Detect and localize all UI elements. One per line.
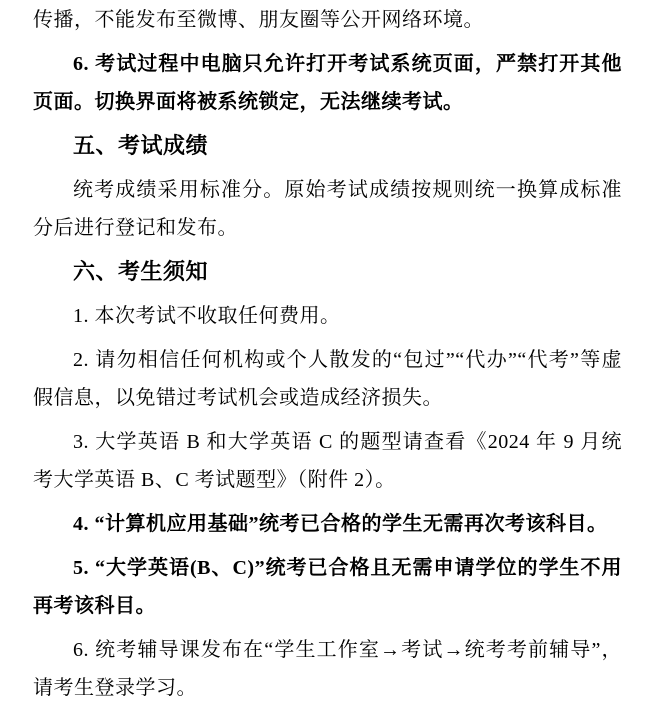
para-standard-score: 统考成绩采用标准分。原始考试成绩按规则统一换算成标准分后进行登记和发布。	[33, 171, 622, 247]
para-note-2-fraud-warning: 2. 请勿相信任何机构或个人散发的“包过”“代办”“代考”等虚假信息，以免错过考…	[33, 341, 622, 417]
para-note-6-tutorial-course: 6. 统考辅导课发布在“学生工作室→考试→统考考前辅导”，请考生登录学习。	[33, 631, 622, 707]
para-note-3-english-question-types: 3. 大学英语 B 和大学英语 C 的题型请查看《2024 年 9 月统考大学英…	[33, 423, 622, 499]
heading-section-5-exam-scores: 五、考试成绩	[33, 127, 622, 165]
para-publish-restriction: 传播，不能发布至微博、朋友圈等公开网络环境。	[33, 1, 622, 39]
para-note-5-english-exempt: 5. “大学英语(B、C)”统考已合格且无需申请学位的学生不用再考该科目。	[33, 549, 622, 625]
document-page: 传播，不能发布至微博、朋友圈等公开网络环境。 6. 考试过程中电脑只允许打开考试…	[0, 0, 655, 714]
para-note-1-no-fee: 1. 本次考试不收取任何费用。	[33, 297, 622, 335]
heading-section-6-candidate-notes: 六、考生须知	[33, 253, 622, 291]
para-rule-6-exam-page-lock: 6. 考试过程中电脑只允许打开考试系统页面，严禁打开其他页面。切换界面将被系统锁…	[33, 45, 622, 121]
para-note-4-computer-basics-exempt: 4. “计算机应用基础”统考已合格的学生无需再次考该科目。	[33, 505, 622, 543]
